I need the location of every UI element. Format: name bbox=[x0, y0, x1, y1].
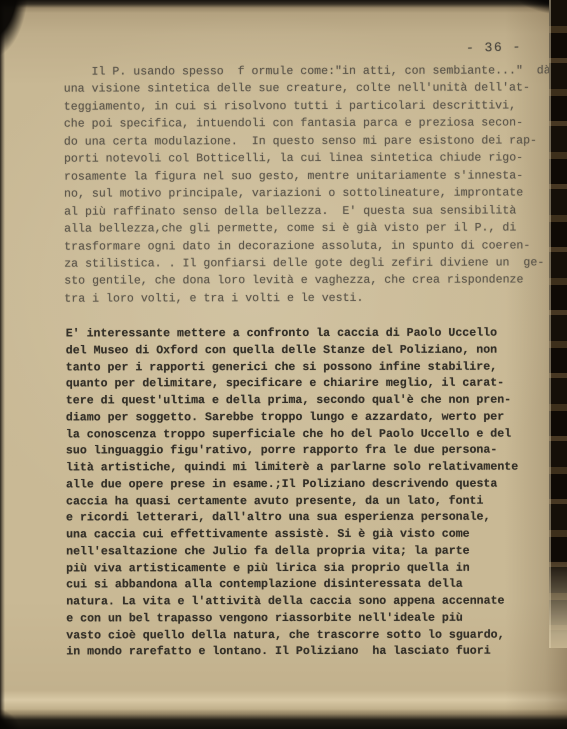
text-line: porti notevoli col Botticelli, la cui li… bbox=[64, 150, 551, 169]
text-line: tere di quest'ultima e della prima, seco… bbox=[66, 393, 518, 411]
text-line: teggiamento, in cui si risolvono tutti i… bbox=[64, 97, 551, 116]
text-line: una caccia cui effettivamente assistè. S… bbox=[66, 527, 518, 545]
paragraph-typescript-dark: E' interessante mettere a confronto la c… bbox=[66, 326, 519, 662]
text-line: rosamente la figura nel suo gesto, mentr… bbox=[64, 167, 551, 186]
text-line: alle due opere prese in esame.;Il Polizi… bbox=[66, 476, 518, 494]
text-line: del Museo di Oxford con quella delle Sta… bbox=[66, 342, 518, 360]
text-line: trasformare ogni dato in decorazione ass… bbox=[64, 237, 551, 256]
scan-edge-right bbox=[549, 0, 567, 648]
text-line: do una certa modulazione. In questo sens… bbox=[64, 132, 551, 151]
text-line: za stilistica. . Il gonfiarsi delle gote… bbox=[64, 254, 551, 273]
text-line: Il P. usando spesso f ormule come:"in at… bbox=[64, 62, 551, 81]
manuscript-page: - 36 - Il P. usando spesso f ormule come… bbox=[0, 0, 567, 729]
text-line: alla bellezza,che gli permette, come si … bbox=[64, 219, 551, 238]
text-line: tra i loro volti, e tra i volti e le ves… bbox=[64, 289, 551, 308]
text-line: al più raffinato senso della bellezza. E… bbox=[64, 202, 551, 221]
text-line: suo linguaggio figu'rativo, porre rappor… bbox=[66, 443, 518, 461]
text-line: la conoscenza troppo superficiale che ho… bbox=[66, 426, 518, 444]
text-line: tanto per i rapporti generici che si pos… bbox=[66, 359, 518, 377]
text-line: diamo per soggetto. Sarebbe troppo lungo… bbox=[66, 409, 518, 427]
text-line: una visione sintetica delle sue creature… bbox=[64, 80, 551, 99]
text-line: che poi specifica, intuendoli con fantas… bbox=[64, 115, 551, 134]
text-line: e ricordi letterari, dall'altro una sua … bbox=[66, 510, 518, 528]
text-line: caccia ha quasi certamente avuto present… bbox=[66, 493, 518, 511]
text-line: cui si abbandona alla contemplazione dis… bbox=[66, 577, 518, 595]
text-line: in mondo rarefatto e lontano. Il Polizia… bbox=[66, 644, 518, 662]
paragraph-typescript-faded: Il P. usando spesso f ormule come:"in at… bbox=[64, 62, 552, 308]
text-line: natura. La vita e l'attività della cacci… bbox=[66, 594, 518, 612]
page-number: - 36 - bbox=[466, 39, 522, 55]
text-line: nell'esaltazione che Julio fa della prop… bbox=[66, 543, 518, 561]
text-line: E' interessante mettere a confronto la c… bbox=[66, 326, 518, 344]
text-line: sto gentile, che dona loro levità e vagh… bbox=[64, 272, 551, 291]
text-line: quanto per delimitare, specificare e chi… bbox=[66, 376, 518, 394]
text-line: vasto cioè quello della natura, che tras… bbox=[66, 627, 518, 645]
text-line: no, sul motivo principale, variazioni o … bbox=[64, 185, 551, 204]
text-line: più viva artisticamente e più lirica sia… bbox=[66, 560, 518, 578]
text-line: lità artistiche, quindi mi limiterè a pa… bbox=[66, 460, 518, 478]
text-line: e con un bel trapasso vengono riassorbit… bbox=[66, 610, 518, 628]
